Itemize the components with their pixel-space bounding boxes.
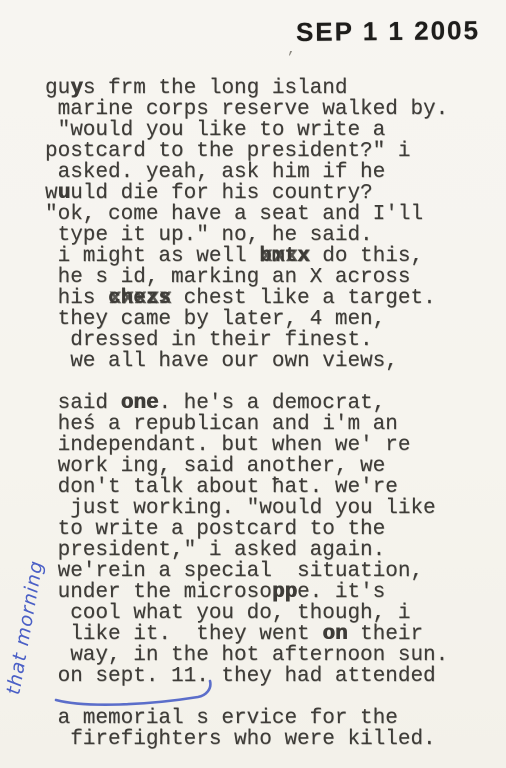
typed-line: dressed in their finest. [45,330,448,351]
typed-line: asked. yeah, ask him if he [45,162,448,183]
typed-line: he s id, marking an X across [45,267,448,288]
typed-line: firefighters who were killed. [45,729,448,750]
typed-line: said one. he's a democrat, [45,393,448,414]
typed-line: under the microsoppe. it's [45,582,448,603]
typed-line: president," i asked again. [45,540,448,561]
typed-line: work ing, said another, we [45,456,448,477]
typed-line: like it. they went on their [45,624,448,645]
pen-underline [52,684,232,718]
typed-line: "ok, come have a seat and I'll [45,204,448,225]
typed-line: type it up." no, he said. [45,225,448,246]
typed-line: to write a postcard to the [45,519,448,540]
typed-line: postcard to the president?" i [45,141,448,162]
typed-line: cool what you do, though, i [45,603,448,624]
typed-line: don't talk about ħat. we're [45,477,448,498]
typed-line: way, in the hot afternoon sun. [45,645,448,666]
typed-line [45,372,448,393]
typed-line: "would you like to write a [45,120,448,141]
typed-line: heś a republican and i'm an [45,414,448,435]
typed-line: his chezs chest like a target. [45,288,448,309]
typed-line: just working. "would you like [45,498,448,519]
typed-line: independant. but when we' re [45,435,448,456]
typed-line: we'rein a special situation, [45,561,448,582]
typed-text-block: guys frm the long island marine corps re… [45,78,448,750]
paper-page: SEP 1 1 2005 ’ guys frm the long island … [0,0,506,768]
typed-line: i might as well bmtx do this, [45,246,448,267]
typed-line: marine corps reserve walked by. [45,99,448,120]
typed-line: they came by later, 4 men, [45,309,448,330]
stray-ink-mark: ’ [286,50,295,67]
typed-line: wuuld die for his country? [45,183,448,204]
typed-line: we all have our own views, [45,351,448,372]
typed-line: guys frm the long island [45,78,448,99]
date-stamp: SEP 1 1 2005 [296,15,480,48]
